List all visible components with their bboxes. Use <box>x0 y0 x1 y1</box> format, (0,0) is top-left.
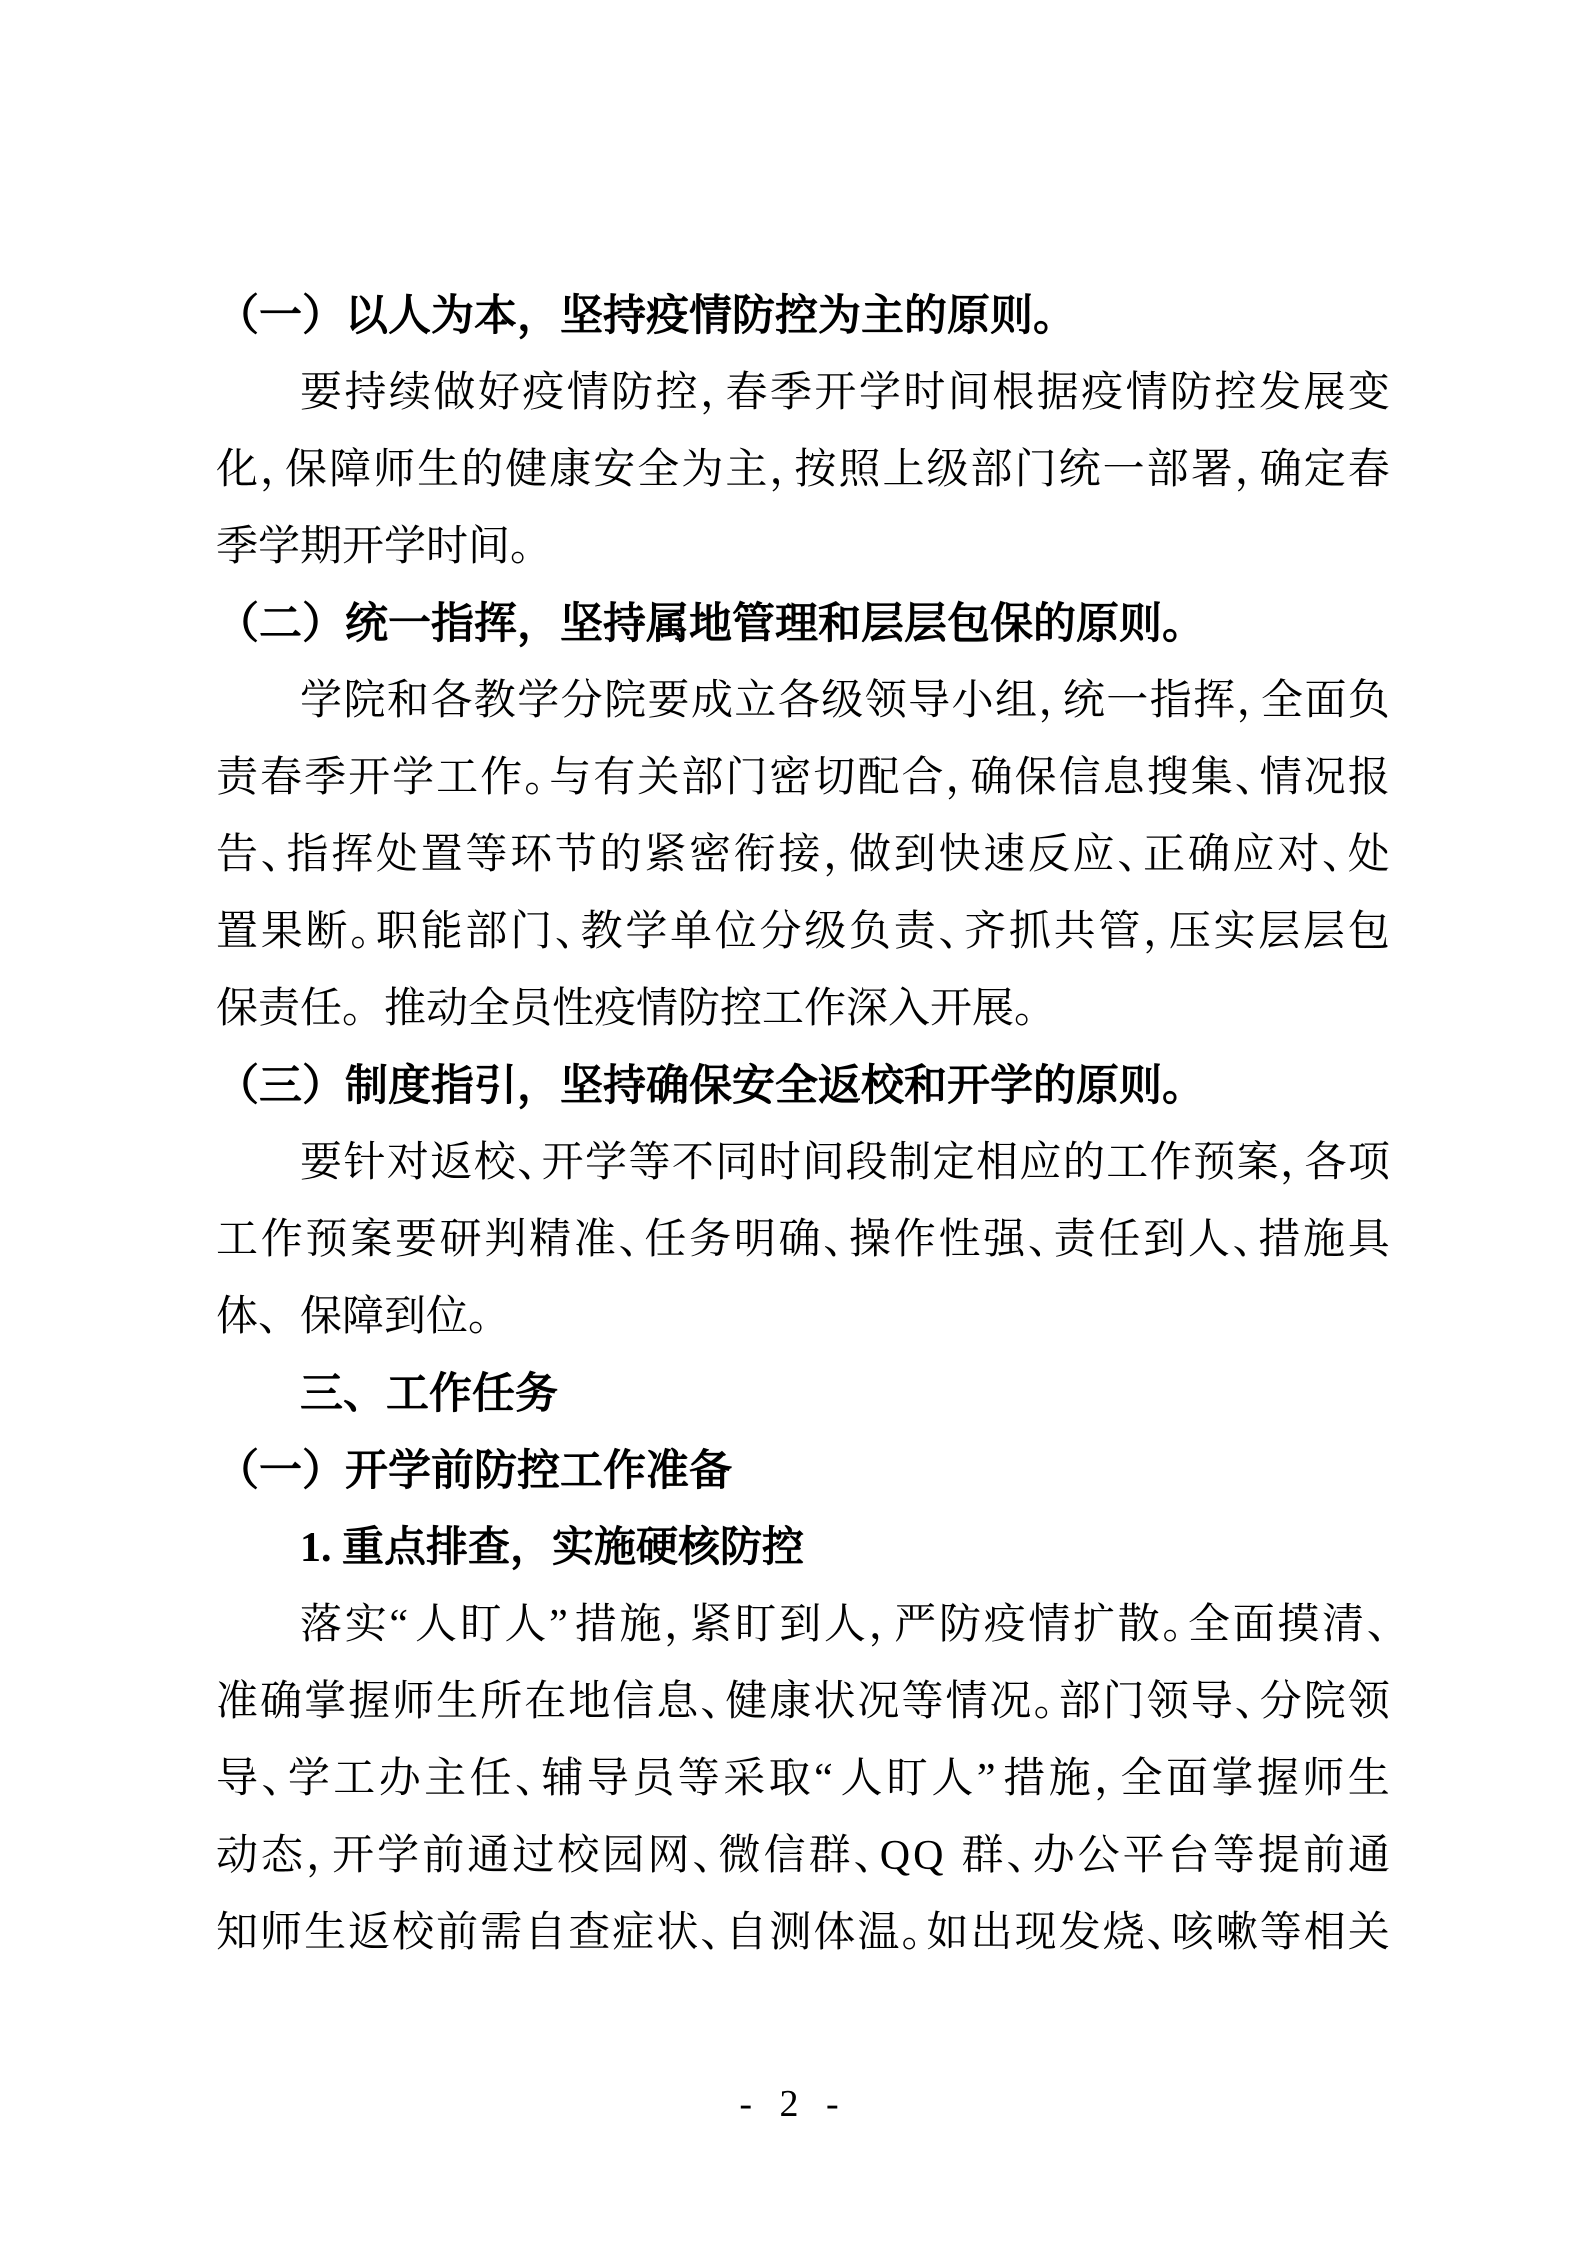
body-text-line: 责春季开学工作。与有关部门密切配合，确保信息搜集、情况报 <box>216 740 1390 817</box>
body-text-line: 知师生返校前需自查症状、自测体温。如出现发烧、咳嗽等相关 <box>216 1895 1390 1972</box>
body-text-line: 准确掌握师生所在地信息、健康状况等情况。部门领导、分院领 <box>216 1664 1390 1741</box>
subsection-heading-preparation: （一）开学前防控工作准备 <box>216 1433 1390 1510</box>
body-text-line: 落实“人盯人”措施，紧盯到人，严防疫情扩散。全面摸清、 <box>216 1587 1390 1664</box>
body-text-line: 置果断。职能部门、教学单位分级负责、齐抓共管，压实层层包 <box>216 894 1390 971</box>
body-text-line: 保责任。推动全员性疫情防控工作深入开展。 <box>216 971 1390 1048</box>
body-text-line: 化，保障师生的健康安全为主，按照上级部门统一部署，确定春 <box>216 432 1390 509</box>
body-text-line: 工作预案要研判精准、任务明确、操作性强、责任到人、措施具 <box>216 1202 1390 1279</box>
body-text-line: 要持续做好疫情防控，春季开学时间根据疫情防控发展变 <box>216 355 1390 432</box>
body-text-line: 导、学工办主任、辅导员等采取“人盯人”措施，全面掌握师生 <box>216 1741 1390 1818</box>
body-text-line: 告、指挥处置等环节的紧密衔接，做到快速反应、正确应对、处 <box>216 817 1390 894</box>
body-text-line: 季学期开学时间。 <box>216 509 1390 586</box>
body-text-line: 体、保障到位。 <box>216 1279 1390 1356</box>
numbered-heading-1: 1. 重点排查，实施硬核防控 <box>216 1510 1390 1587</box>
body-text-line: 要针对返校、开学等不同时间段制定相应的工作预案，各项 <box>216 1125 1390 1202</box>
subsection-heading-2: （二）统一指挥，坚持属地管理和层层包保的原则。 <box>216 586 1390 663</box>
subsection-heading-1: （一）以人为本，坚持疫情防控为主的原则。 <box>216 278 1390 355</box>
paragraph-1: 要持续做好疫情防控，春季开学时间根据疫情防控发展变 化，保障师生的健康安全为主，… <box>216 355 1390 586</box>
section-heading-tasks: 三、工作任务 <box>216 1356 1390 1433</box>
document-page: （一）以人为本，坚持疫情防控为主的原则。 要持续做好疫情防控，春季开学时间根据疫… <box>0 0 1587 2245</box>
subsection-heading-3: （三）制度指引，坚持确保安全返校和开学的原则。 <box>216 1048 1390 1125</box>
paragraph-3: 要针对返校、开学等不同时间段制定相应的工作预案，各项 工作预案要研判精准、任务明… <box>216 1125 1390 1356</box>
body-text-line: 学院和各教学分院要成立各级领导小组，统一指挥，全面负 <box>216 663 1390 740</box>
paragraph-4: 落实“人盯人”措施，紧盯到人，严防疫情扩散。全面摸清、 准确掌握师生所在地信息、… <box>216 1587 1390 1972</box>
body-text-line: 动态，开学前通过校园网、微信群、QQ 群、办公平台等提前通 <box>216 1818 1390 1895</box>
page-body-text: （一）以人为本，坚持疫情防控为主的原则。 要持续做好疫情防控，春季开学时间根据疫… <box>216 278 1390 1972</box>
page-number: - 2 - <box>0 2082 1587 2126</box>
paragraph-2: 学院和各教学分院要成立各级领导小组，统一指挥，全面负 责春季开学工作。与有关部门… <box>216 663 1390 1048</box>
